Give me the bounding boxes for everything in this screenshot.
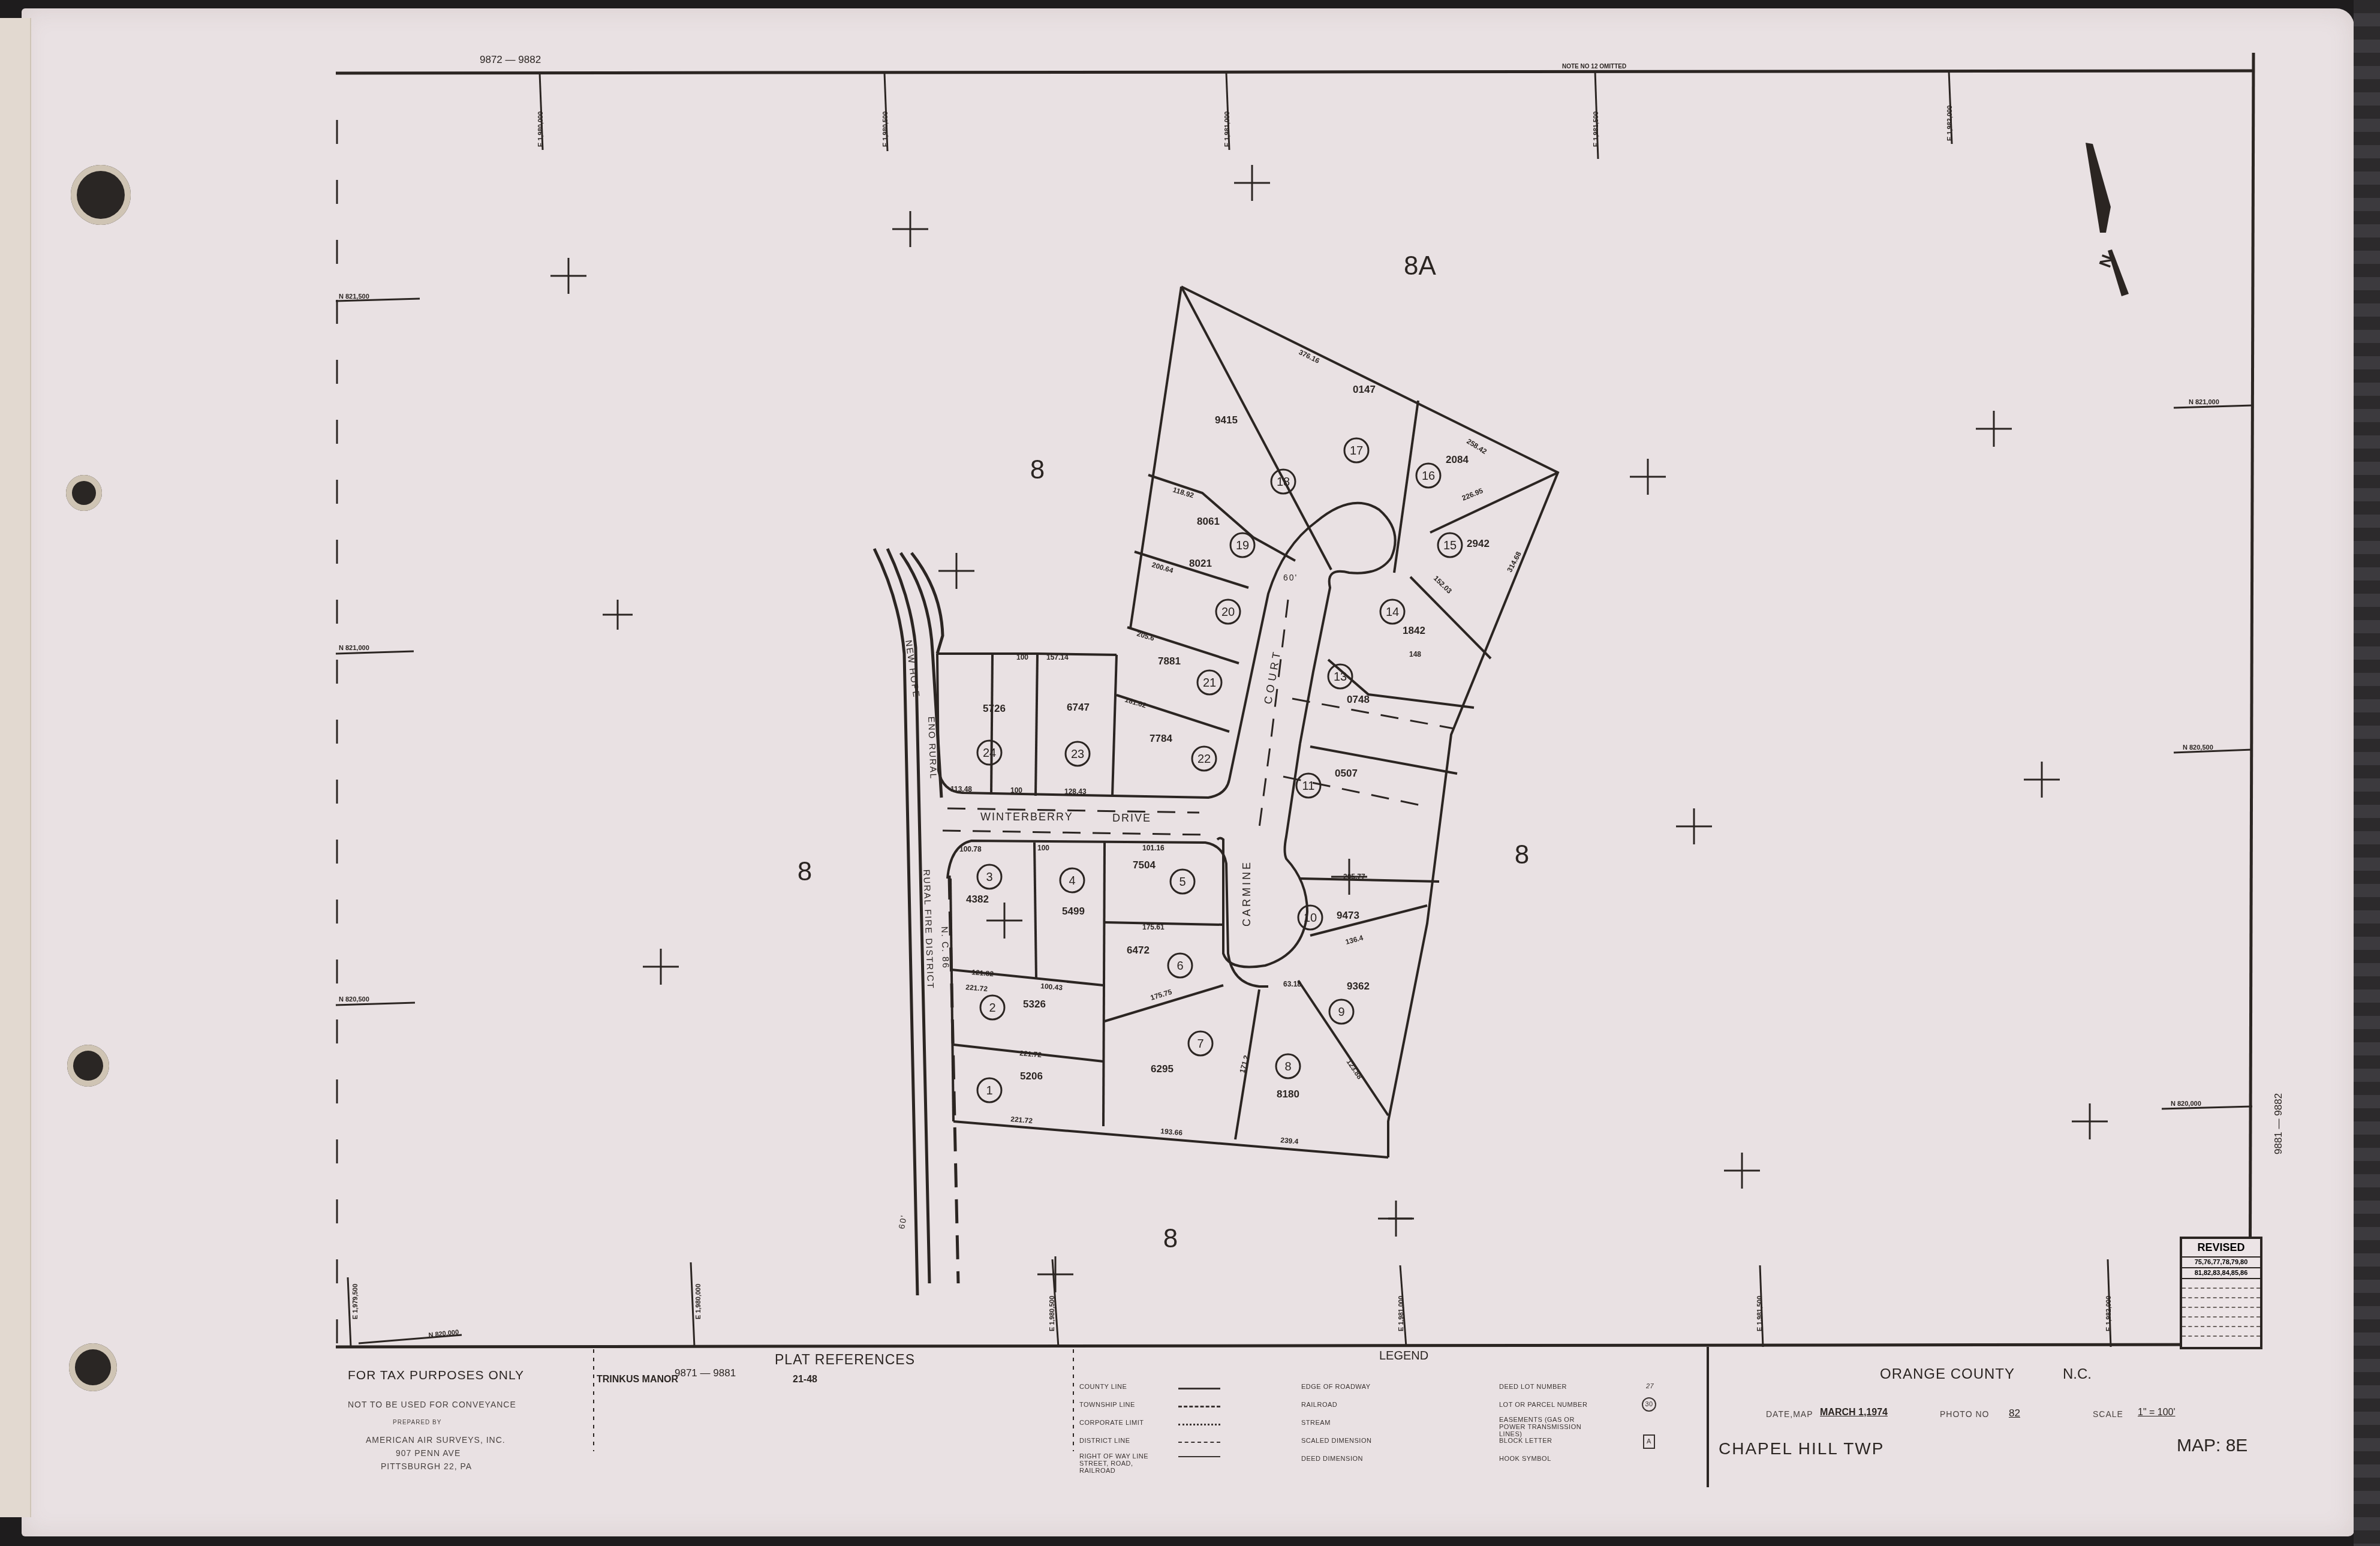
revised-years-1: 75,76,77,78,79,80 bbox=[2182, 1258, 2260, 1268]
svg-text:6295: 6295 bbox=[1151, 1063, 1174, 1075]
svg-text:5326: 5326 bbox=[1023, 998, 1046, 1010]
svg-text:N 820,000: N 820,000 bbox=[428, 1329, 459, 1339]
svg-text:1: 1 bbox=[986, 1084, 992, 1097]
revised-title: REVISED bbox=[2182, 1239, 2260, 1258]
legend-edge-of-roadway: EDGE OF ROADWAY bbox=[1301, 1383, 1371, 1391]
svg-text:8180: 8180 bbox=[1277, 1088, 1299, 1100]
svg-text:7881: 7881 bbox=[1158, 655, 1181, 667]
svg-text:10: 10 bbox=[1304, 912, 1317, 925]
legend-township-line-symbol bbox=[1178, 1406, 1220, 1407]
svg-text:8021: 8021 bbox=[1189, 558, 1212, 569]
svg-text:63.18: 63.18 bbox=[1283, 980, 1301, 988]
plat-reference-book-page: 21-48 bbox=[793, 1374, 817, 1385]
legend-parcel-circle-symbol: 30 bbox=[1642, 1397, 1656, 1412]
svg-text:9415: 9415 bbox=[1215, 414, 1238, 426]
svg-text:123.88: 123.88 bbox=[1345, 1058, 1364, 1081]
svg-text:N 820,500: N 820,500 bbox=[339, 996, 369, 1003]
legend-stream: STREAM bbox=[1301, 1419, 1331, 1427]
svg-text:20: 20 bbox=[1221, 606, 1235, 619]
date-value: MARCH 1,1974 bbox=[1820, 1407, 1888, 1418]
svg-text:6: 6 bbox=[1177, 960, 1183, 973]
svg-text:E 1,980,500: E 1,980,500 bbox=[882, 112, 889, 147]
svg-text:N. C. 86: N. C. 86 bbox=[939, 927, 950, 970]
preparer-name: AMERICAN AIR SURVEYS, INC. bbox=[366, 1435, 506, 1445]
svg-text:221.72: 221.72 bbox=[1010, 1115, 1033, 1125]
svg-text:205.6: 205.6 bbox=[1136, 629, 1156, 642]
svg-text:8061: 8061 bbox=[1197, 516, 1220, 527]
svg-text:258.42: 258.42 bbox=[1465, 437, 1488, 456]
svg-text:N 821,500: N 821,500 bbox=[339, 293, 369, 300]
legend-corporate-limit-symbol bbox=[1178, 1424, 1220, 1425]
svg-text:E 1,980,000: E 1,980,000 bbox=[537, 112, 544, 147]
svg-text:N 821,000: N 821,000 bbox=[2189, 399, 2219, 406]
svg-text:113.48: 113.48 bbox=[950, 785, 972, 793]
svg-text:7784: 7784 bbox=[1150, 733, 1172, 744]
svg-text:148: 148 bbox=[1409, 650, 1421, 658]
legend-lot-parcel-number: LOT OR PARCEL NUMBER bbox=[1499, 1401, 1587, 1409]
parcel-pins: 5206 5326 4382 5499 7504 6472 6295 8180 … bbox=[966, 384, 1490, 1100]
lot-number-circles bbox=[977, 438, 1462, 1102]
svg-text:N 820,000: N 820,000 bbox=[2171, 1100, 2201, 1108]
svg-text:8: 8 bbox=[1163, 1224, 1178, 1253]
plat-reference-name: TRINKUS MANOR bbox=[597, 1374, 678, 1385]
svg-text:ENO RURAL: ENO RURAL bbox=[926, 717, 938, 780]
svg-text:9: 9 bbox=[1338, 1006, 1344, 1019]
svg-text:8: 8 bbox=[1515, 840, 1529, 870]
svg-text:E 1,981,500: E 1,981,500 bbox=[1593, 112, 1600, 147]
county-name: ORANGE COUNTY bbox=[1880, 1366, 2015, 1383]
grid-ticks bbox=[336, 71, 2252, 1347]
svg-text:2942: 2942 bbox=[1467, 538, 1490, 549]
tax-disclaimer: FOR TAX PURPOSES ONLY bbox=[348, 1368, 524, 1383]
svg-text:7504: 7504 bbox=[1133, 859, 1156, 871]
legend-corporate-limit: CORPORATE LIMIT bbox=[1079, 1419, 1144, 1427]
north-arrow-icon bbox=[2086, 143, 2129, 296]
svg-text:E 1,981,000: E 1,981,000 bbox=[1398, 1296, 1405, 1331]
svg-text:157.14: 157.14 bbox=[1046, 653, 1069, 661]
svg-text:1842: 1842 bbox=[1403, 625, 1425, 636]
svg-text:128.43: 128.43 bbox=[1064, 787, 1087, 796]
svg-text:E 1,979,500: E 1,979,500 bbox=[352, 1284, 359, 1319]
revised-years-2: 81,82,83,84,85,86 bbox=[2182, 1268, 2260, 1279]
legend-township-line: TOWNSHIP LINE bbox=[1079, 1401, 1135, 1409]
svg-text:8: 8 bbox=[1284, 1060, 1291, 1073]
svg-text:0507: 0507 bbox=[1335, 768, 1358, 779]
svg-text:8: 8 bbox=[798, 857, 812, 886]
svg-text:E 1,981,000: E 1,981,000 bbox=[1224, 112, 1231, 147]
scale-value: 1" = 100' bbox=[2138, 1407, 2176, 1418]
svg-text:4382: 4382 bbox=[966, 894, 989, 905]
svg-text:13: 13 bbox=[1334, 670, 1347, 684]
svg-text:DRIVE: DRIVE bbox=[1112, 812, 1151, 824]
svg-text:0147: 0147 bbox=[1353, 384, 1376, 395]
legend-deed-dimension: DEED DIMENSION bbox=[1301, 1455, 1363, 1463]
svg-text:100.78: 100.78 bbox=[959, 845, 982, 853]
svg-text:100: 100 bbox=[1037, 844, 1049, 852]
svg-text:17: 17 bbox=[1350, 444, 1363, 458]
svg-text:9362: 9362 bbox=[1347, 980, 1370, 992]
svg-text:9871 — 9881: 9871 — 9881 bbox=[675, 1367, 736, 1379]
adjoining-sheet-refs: 9872 — 9882 9871 — 9881 9881 — 9882 N bbox=[480, 54, 2284, 1379]
lot-numbers: 1 2 3 4 5 6 7 8 9 10 11 13 14 15 16 17 1… bbox=[983, 444, 1457, 1097]
plat-references-title: PLAT REFERENCES bbox=[775, 1352, 915, 1368]
svg-text:E 1,980,500: E 1,980,500 bbox=[1049, 1296, 1056, 1331]
svg-text:5726: 5726 bbox=[983, 703, 1006, 714]
svg-text:CARMINE: CARMINE bbox=[1241, 860, 1253, 927]
svg-text:E 1,982,000: E 1,982,000 bbox=[1946, 106, 1954, 141]
legend-right-of-way-symbol bbox=[1178, 1456, 1220, 1457]
svg-text:24: 24 bbox=[983, 747, 996, 760]
svg-text:221.72: 221.72 bbox=[1019, 1049, 1042, 1059]
svg-text:COURT: COURT bbox=[1262, 648, 1283, 705]
svg-text:11: 11 bbox=[1302, 780, 1315, 793]
revision-box: REVISED 75,76,77,78,79,80 81,82,83,84,85… bbox=[2180, 1237, 2262, 1349]
svg-text:NOTE NO 12 OMITTED: NOTE NO 12 OMITTED bbox=[1562, 64, 1626, 70]
legend-district-line-symbol bbox=[1178, 1442, 1220, 1443]
svg-text:0748: 0748 bbox=[1347, 694, 1370, 705]
svg-text:193.66: 193.66 bbox=[1160, 1127, 1183, 1137]
svg-text:21: 21 bbox=[1203, 676, 1216, 690]
svg-text:171.2: 171.2 bbox=[1238, 1054, 1250, 1074]
svg-text:16: 16 bbox=[1422, 470, 1435, 483]
svg-text:9872 — 9882: 9872 — 9882 bbox=[480, 54, 541, 65]
svg-text:175.75: 175.75 bbox=[1150, 988, 1174, 1002]
grid-crosshairs bbox=[550, 165, 2108, 1292]
svg-text:22: 22 bbox=[1197, 753, 1211, 766]
svg-text:221.72: 221.72 bbox=[965, 983, 988, 993]
svg-text:8: 8 bbox=[1030, 455, 1045, 485]
state-name: N.C. bbox=[2063, 1366, 2092, 1383]
svg-text:60': 60' bbox=[896, 1214, 908, 1230]
svg-text:E 1,982,000: E 1,982,000 bbox=[2105, 1296, 2113, 1331]
svg-text:4: 4 bbox=[1069, 874, 1075, 888]
svg-text:175.61: 175.61 bbox=[1142, 923, 1165, 931]
svg-text:8A: 8A bbox=[1404, 251, 1436, 281]
scale-label: SCALE bbox=[2093, 1409, 2123, 1419]
township-name: CHAPEL HILL TWP bbox=[1719, 1439, 1884, 1458]
legend-right-of-way: RIGHT OF WAY LINE STREET, ROAD, RAILROAD bbox=[1079, 1453, 1151, 1475]
svg-text:E 1,980,000: E 1,980,000 bbox=[695, 1284, 702, 1319]
svg-text:5499: 5499 bbox=[1062, 906, 1085, 917]
svg-text:23: 23 bbox=[1071, 748, 1084, 761]
svg-text:18: 18 bbox=[1277, 476, 1290, 489]
svg-text:6472: 6472 bbox=[1127, 945, 1150, 956]
svg-text:100: 100 bbox=[1016, 653, 1028, 661]
svg-text:WINTERBERRY: WINTERBERRY bbox=[980, 811, 1073, 823]
svg-text:2084: 2084 bbox=[1446, 454, 1469, 465]
svg-text:181.62: 181.62 bbox=[1124, 695, 1148, 709]
svg-text:239.4: 239.4 bbox=[1280, 1136, 1299, 1146]
legend-scaled-dimension: SCALED DIMENSION bbox=[1301, 1437, 1371, 1445]
svg-text:7: 7 bbox=[1197, 1037, 1203, 1051]
legend-railroad: RAILROAD bbox=[1301, 1401, 1337, 1409]
svg-text:2: 2 bbox=[989, 1001, 995, 1015]
svg-text:60': 60' bbox=[1283, 573, 1298, 582]
svg-text:15: 15 bbox=[1443, 539, 1457, 552]
svg-text:14: 14 bbox=[1386, 606, 1399, 619]
legend-title: LEGEND bbox=[1379, 1349, 1428, 1363]
svg-text:100.43: 100.43 bbox=[1040, 982, 1063, 992]
easement-lines bbox=[943, 600, 1454, 835]
preparer-address-2: PITTSBURGH 22, PA bbox=[381, 1461, 472, 1471]
photo-label: PHOTO NO bbox=[1940, 1409, 1989, 1419]
legend-county-line: COUNTY LINE bbox=[1079, 1383, 1127, 1391]
photo-number: 82 bbox=[2009, 1407, 2020, 1419]
legend-hook-symbol: HOOK SYMBOL bbox=[1499, 1455, 1551, 1463]
map-sheet-id: MAP: 8E bbox=[2177, 1436, 2247, 1456]
svg-text:N 821,000: N 821,000 bbox=[339, 645, 369, 652]
tax-map-drawing: 1 2 3 4 5 6 7 8 9 10 11 13 14 15 16 17 1… bbox=[0, 0, 2380, 1546]
conveyance-disclaimer: NOT TO BE USED FOR CONVEYANCE bbox=[348, 1400, 516, 1409]
svg-text:136.4: 136.4 bbox=[1344, 934, 1364, 946]
svg-text:9881 — 9882: 9881 — 9882 bbox=[2273, 1093, 2284, 1154]
svg-text:101.16: 101.16 bbox=[1142, 844, 1165, 852]
legend-deed-lot-number: DEED LOT NUMBER bbox=[1499, 1383, 1567, 1391]
legend-deed-lot-symbol: 27 bbox=[1646, 1383, 1654, 1390]
preparer-address-1: 907 PENN AVE bbox=[396, 1448, 461, 1458]
svg-text:9473: 9473 bbox=[1337, 910, 1359, 921]
svg-text:121.82: 121.82 bbox=[971, 968, 994, 978]
legend-block-letter: BLOCK LETTER bbox=[1499, 1437, 1552, 1445]
svg-text:226.95: 226.95 bbox=[1461, 486, 1485, 503]
prepared-by-label: PREPARED BY bbox=[393, 1419, 441, 1426]
legend-district-line: DISTRICT LINE bbox=[1079, 1437, 1130, 1445]
legend-county-line-symbol bbox=[1178, 1388, 1220, 1389]
legend-block-letter-symbol: A bbox=[1643, 1434, 1655, 1449]
svg-text:5: 5 bbox=[1179, 876, 1186, 889]
svg-text:6747: 6747 bbox=[1067, 702, 1090, 713]
svg-text:205.77: 205.77 bbox=[1343, 873, 1365, 881]
date-label: DATE,MAP bbox=[1766, 1409, 1813, 1419]
svg-text:3: 3 bbox=[986, 871, 992, 884]
svg-text:100: 100 bbox=[1010, 786, 1022, 795]
svg-text:N 820,500: N 820,500 bbox=[2183, 744, 2213, 751]
subdivision-lot-lines bbox=[937, 287, 1558, 1157]
svg-text:E 1,981,500: E 1,981,500 bbox=[1756, 1296, 1764, 1331]
legend-easements: EASEMENTS (GAS OR POWER TRANSMISSION LIN… bbox=[1499, 1416, 1601, 1438]
svg-text:152.03: 152.03 bbox=[1432, 574, 1454, 595]
svg-text:5206: 5206 bbox=[1020, 1070, 1043, 1082]
svg-text:19: 19 bbox=[1236, 539, 1249, 552]
